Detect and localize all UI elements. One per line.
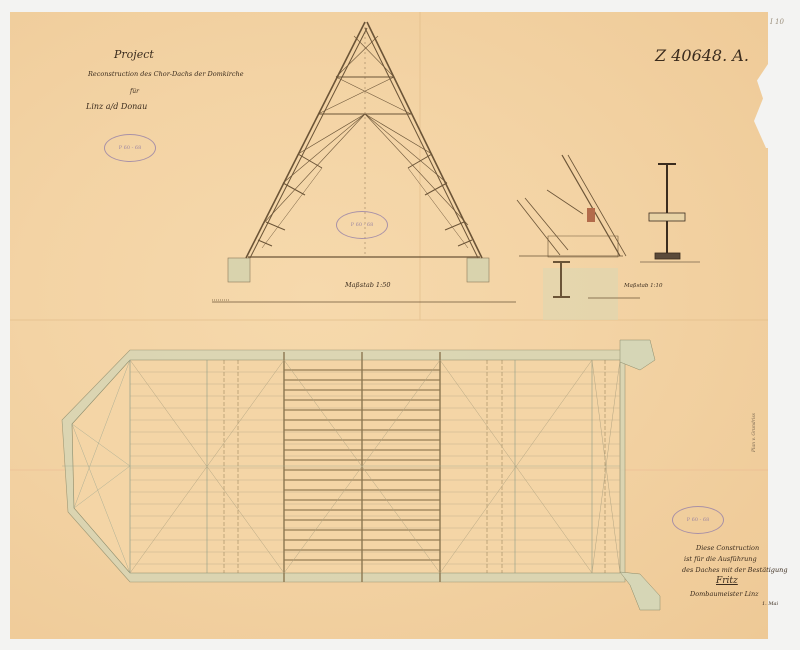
stamp-truss: P 60 - 68 [336, 211, 388, 239]
eaves-detail [517, 155, 640, 320]
scale-label-1-10: Maßstab 1:10 [624, 283, 663, 289]
annotation-line-6: 1. Mai [762, 601, 778, 607]
annotation-signature: Fritz [716, 576, 738, 586]
section-detail [640, 164, 700, 262]
annotation-line-3: des Daches mit der Bestätigung [682, 566, 788, 574]
annotation-line-1: Diese Construction [696, 544, 759, 552]
title-for: für [130, 88, 139, 95]
stamp-upper-left: P 60 - 68 [104, 134, 156, 162]
corner-mark: I 10 [770, 18, 784, 26]
roof-plan [62, 340, 660, 610]
title-location: Linz a/d Donau [86, 102, 147, 111]
title-project: Project [114, 48, 154, 61]
side-note: Plan v. Grundriss [752, 413, 757, 452]
title-subject: Reconstruction des Chor-Dachs der Domkir… [88, 70, 244, 78]
truss-elevation [228, 22, 489, 282]
drawing-canvas [0, 0, 800, 650]
scale-label-1-50: Maßstab 1:50 [345, 281, 391, 289]
stamp-lower-right: P 60 - 68 [672, 506, 724, 534]
scale-bar-1-50 [212, 300, 516, 302]
annotation-line-5: Dombaumeister Linz [690, 590, 759, 598]
annotation-line-2: ist für die Ausführung [684, 555, 757, 563]
reference-number: Z 40648. A. [655, 46, 749, 65]
